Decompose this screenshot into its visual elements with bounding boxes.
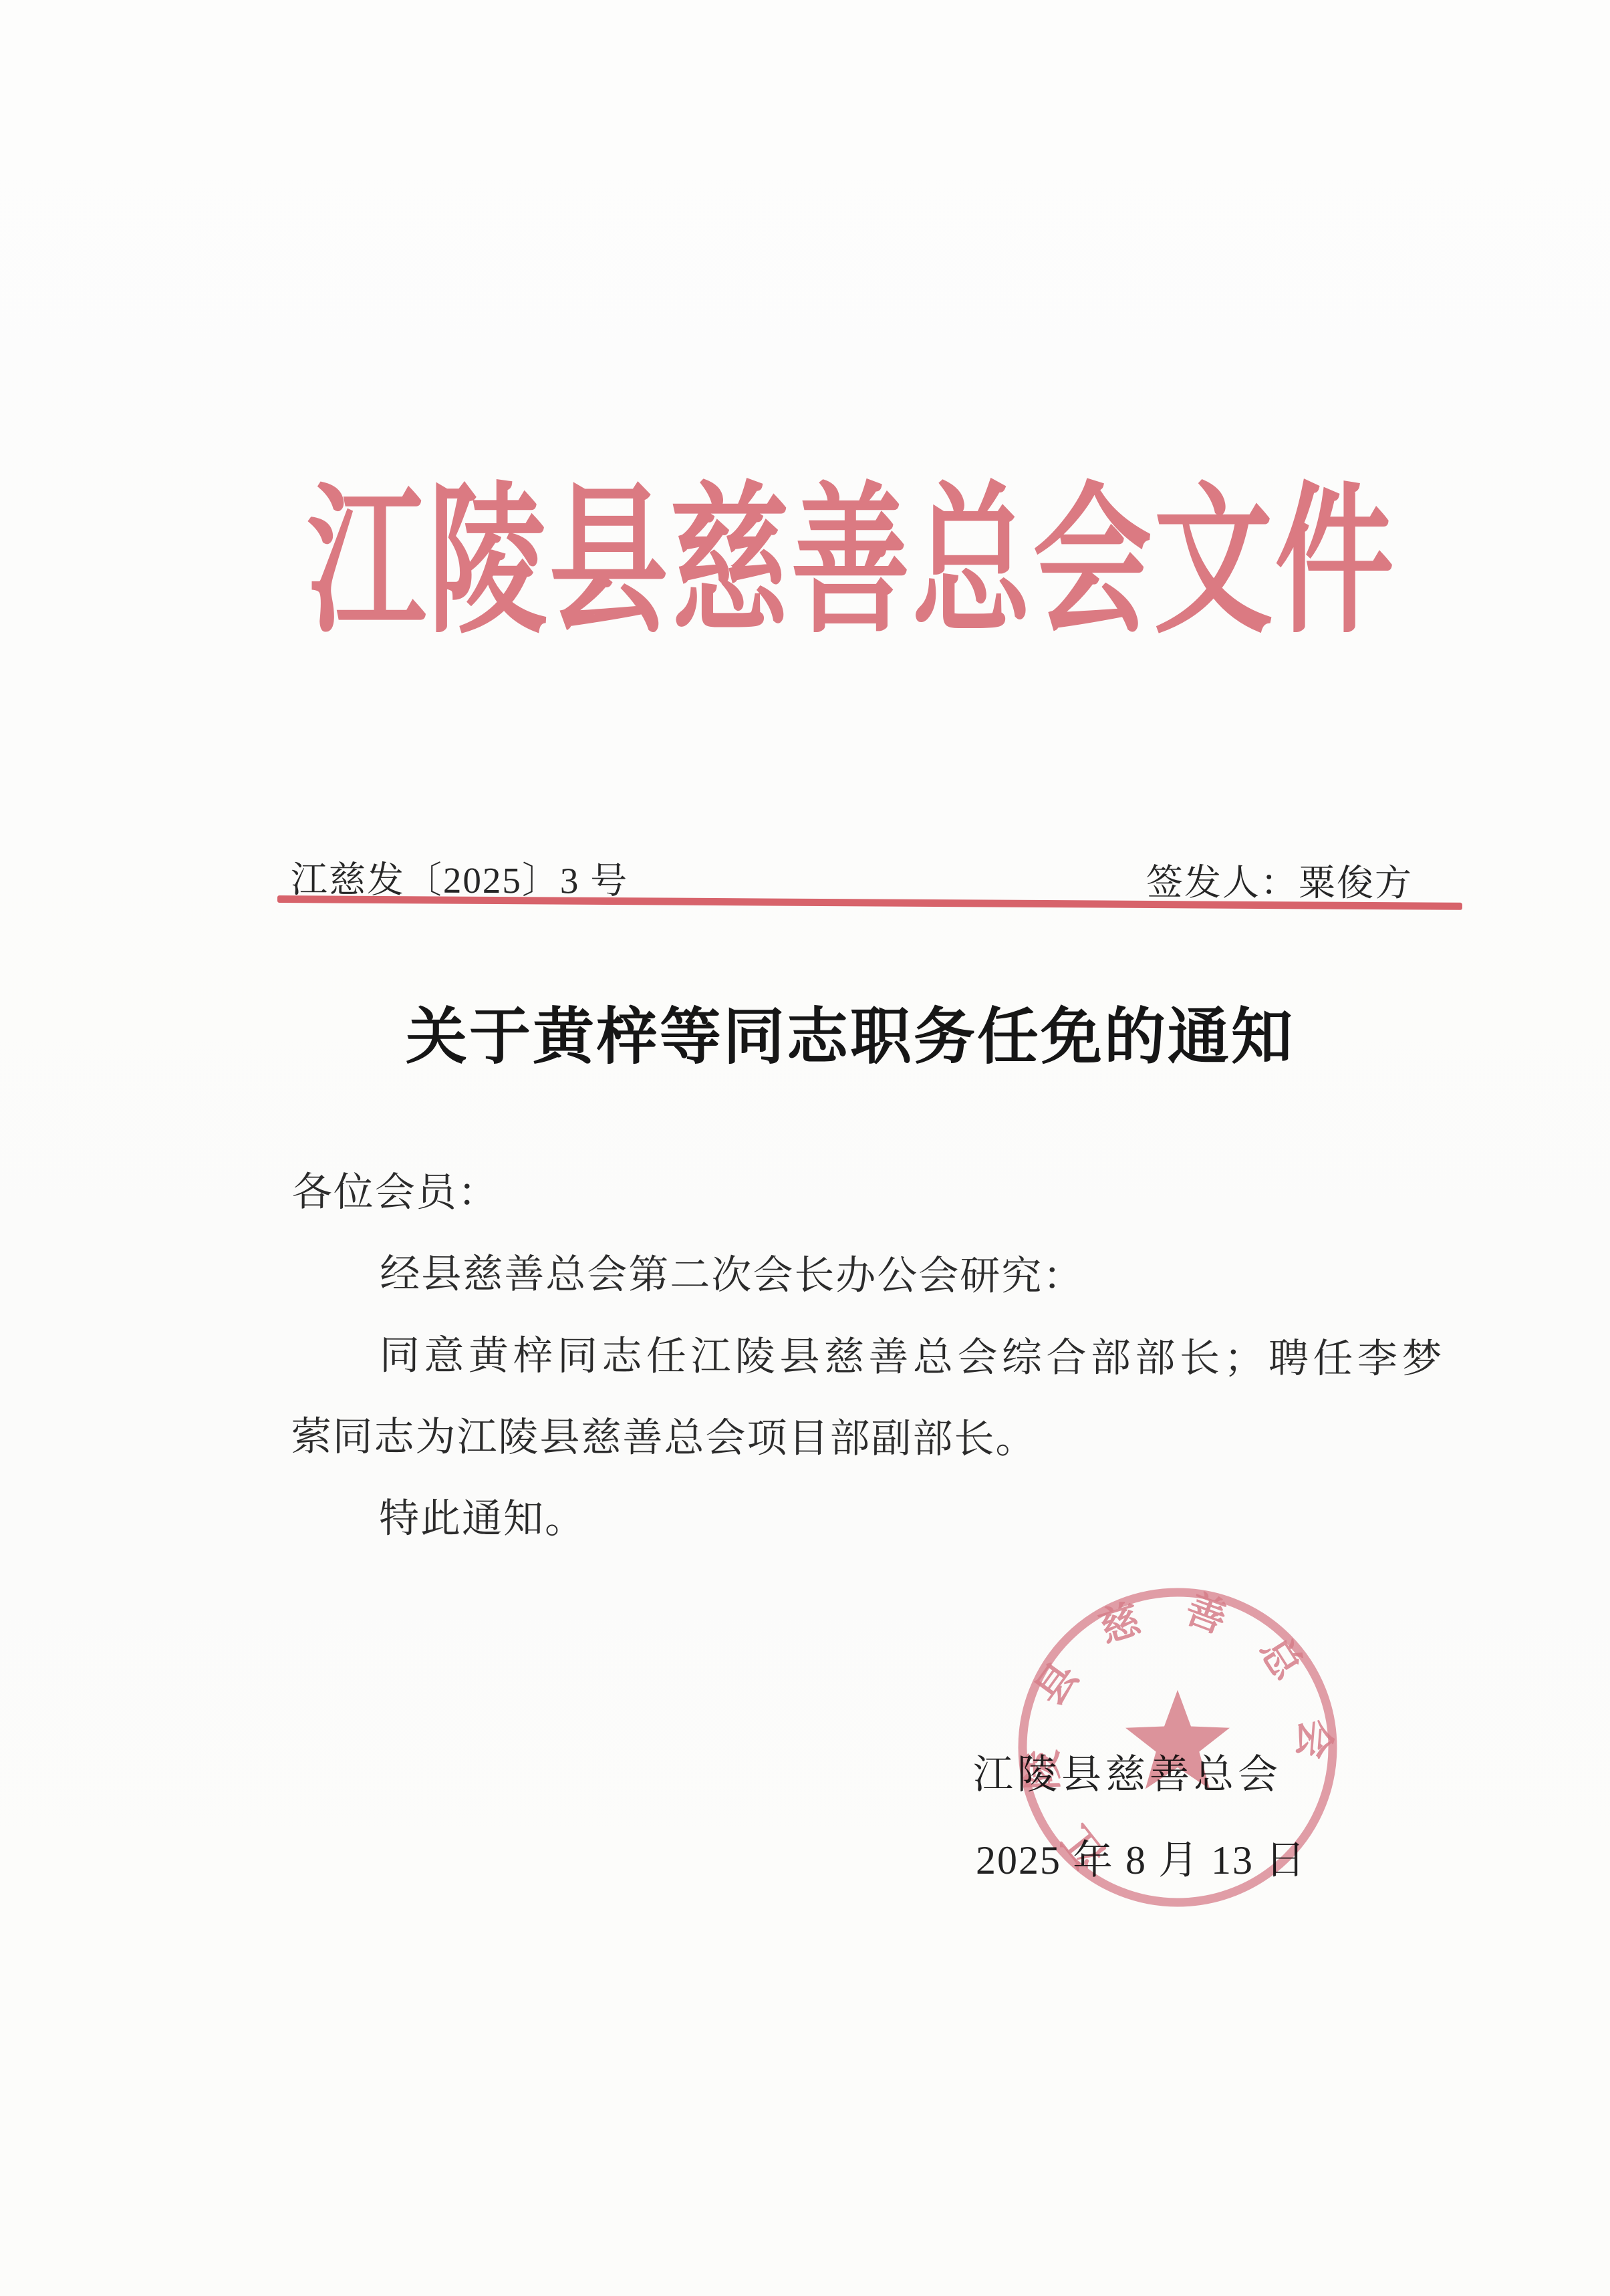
masthead-title: 江陵县慈善总会文件 bbox=[307, 482, 1396, 643]
document-page: 江陵县慈善总会文件 江慈发〔2025〕3 号 签发人：粟俊方 关于黄梓等同志职务… bbox=[0, 0, 1610, 2296]
signing-organization: 江陵县慈善总会 bbox=[973, 1743, 1282, 1800]
body-line: 经县慈善总会第二次会长办公会研究： bbox=[291, 1233, 1448, 1318]
notice-body: 各位会员：经县慈善总会第二次会长办公会研究：同意黄梓同志任江陵县慈善总会综合部部… bbox=[291, 1151, 1448, 1563]
body-line: 各位会员： bbox=[292, 1151, 1448, 1237]
body-line: 特此通知。 bbox=[291, 1477, 1447, 1563]
signing-date: 2025 年 8 月 13 日 bbox=[976, 1828, 1307, 1886]
notice-title: 关于黄梓等同志职务任免的通知 bbox=[262, 988, 1438, 1076]
body-line: 萦同志为江陵县慈善总会项目部副部长。 bbox=[291, 1396, 1447, 1481]
issuer-name: 签发人：粟俊方 bbox=[1146, 853, 1413, 906]
body-line: 同意黄梓同志任江陵县慈善总会综合部部长；聘任李梦 bbox=[291, 1314, 1448, 1400]
masthead-container: 江陵县慈善总会文件 bbox=[281, 462, 1457, 663]
